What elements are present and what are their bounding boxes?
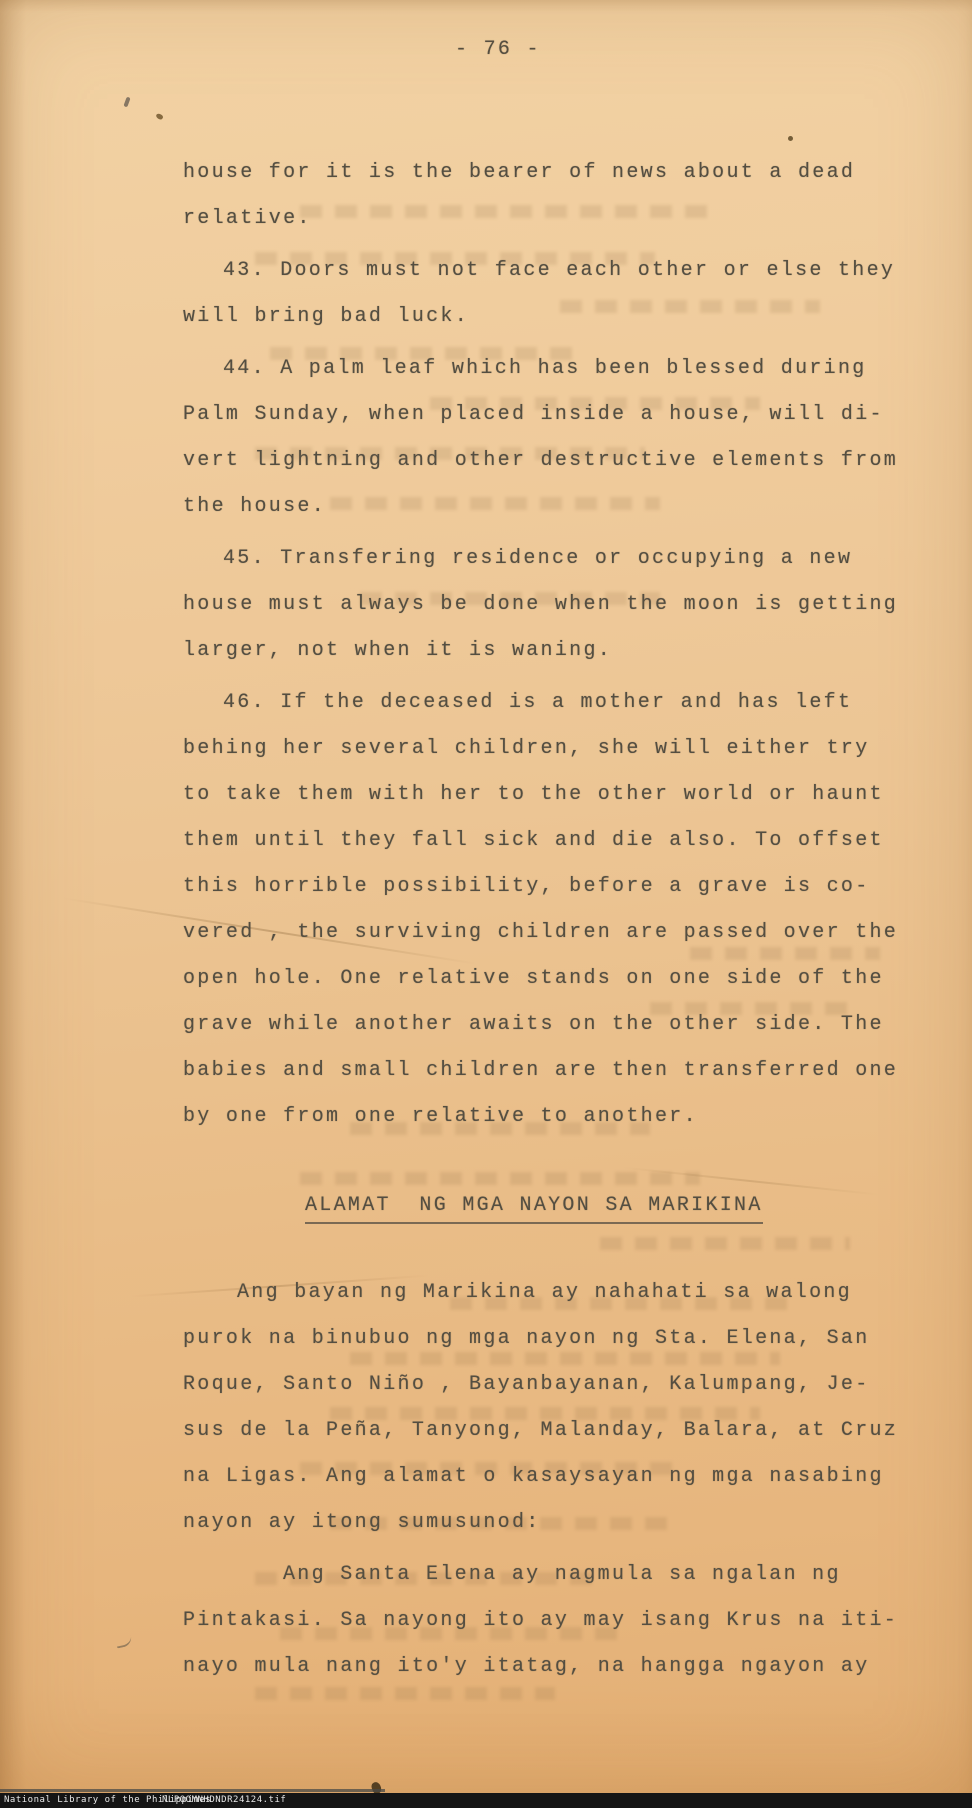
section-heading-text: ALAMAT NG MGA NAYON SA MARIKINA xyxy=(305,1194,763,1224)
scanned-document-page: - 76 - house for it is the bearer of new… xyxy=(0,0,972,1808)
text-line: will bring bad luck. xyxy=(183,294,903,340)
paper-bottom-shading xyxy=(0,1683,972,1793)
text-line: 45. Transfering residence or occupying a… xyxy=(183,536,903,582)
text-line: by one from one relative to another. xyxy=(183,1094,903,1140)
text-line: 46. If the deceased is a mother and has … xyxy=(183,680,903,726)
text-line: open hole. One relative stands on one si… xyxy=(183,956,903,1002)
paper-left-shading xyxy=(0,0,26,1808)
text-line: behing her several children, she will ei… xyxy=(183,726,903,772)
pencil-mark xyxy=(115,1634,133,1648)
bleed-through-text xyxy=(600,1237,850,1250)
text-line: house for it is the bearer of news about… xyxy=(183,150,903,196)
ink-speck xyxy=(123,97,130,108)
text-line: larger, not when it is waning. xyxy=(183,628,903,674)
paragraph: 43. Doors must not face each other or el… xyxy=(183,248,903,340)
paragraph: 45. Transfering residence or occupying a… xyxy=(183,536,903,674)
text-line: relative. xyxy=(183,196,903,242)
text-line: vered , the surviving children are passe… xyxy=(183,910,903,956)
text-line: Ang Santa Elena ay nagmula sa ngalan ng xyxy=(183,1552,903,1598)
text-line: Roque, Santo Niño , Bayanbayanan, Kalump… xyxy=(183,1362,903,1408)
paragraph: house for it is the bearer of news about… xyxy=(183,150,903,242)
section-heading: ALAMAT NG MGA NAYON SA MARIKINA xyxy=(305,1194,763,1224)
text-line: purok na binubuo ng mga nayon ng Sta. El… xyxy=(183,1316,903,1362)
text-line: Ang bayan ng Marikina ay nahahati sa wal… xyxy=(183,1270,903,1316)
body-text-block: house for it is the bearer of news about… xyxy=(183,150,903,1140)
text-line: Pintakasi. Sa nayong ito ay may isang Kr… xyxy=(183,1598,903,1644)
bleed-through-text xyxy=(300,1172,700,1185)
text-line: nayon ay itong sumusunod: xyxy=(183,1500,903,1546)
paragraph: Ang Santa Elena ay nagmula sa ngalan ngP… xyxy=(183,1552,903,1690)
footer-bar-shadow xyxy=(0,1789,385,1792)
text-line: house must always be done when the moon … xyxy=(183,582,903,628)
scan-footer-bar: National Library of the Philippines NLPO… xyxy=(0,1793,972,1808)
text-line: to take them with her to the other world… xyxy=(183,772,903,818)
text-line: vert lightning and other destructive ele… xyxy=(183,438,903,484)
text-line: babies and small children are then trans… xyxy=(183,1048,903,1094)
text-line: this horrible possibility, before a grav… xyxy=(183,864,903,910)
text-line: 43. Doors must not face each other or el… xyxy=(183,248,903,294)
text-line: nayo mula nang ito'y itatag, na hangga n… xyxy=(183,1644,903,1690)
paragraph: Ang bayan ng Marikina ay nahahati sa wal… xyxy=(183,1270,903,1546)
text-line: them until they fall sick and die also. … xyxy=(183,818,903,864)
paragraph: 44. A palm leaf which has been blessed d… xyxy=(183,346,903,530)
page-number: - 76 - xyxy=(455,35,541,65)
ink-speck xyxy=(788,136,793,141)
text-line: 44. A palm leaf which has been blessed d… xyxy=(183,346,903,392)
text-line: the house. xyxy=(183,484,903,530)
text-line: grave while another awaits on the other … xyxy=(183,1002,903,1048)
paper-crease xyxy=(621,1166,880,1195)
text-line: na Ligas. Ang alamat o kasaysayan ng mga… xyxy=(183,1454,903,1500)
paper-top-shading xyxy=(0,0,972,12)
scan-filename-label: NLPOOMNHDNDR24124.tif xyxy=(162,1793,286,1808)
text-line: Palm Sunday, when placed inside a house,… xyxy=(183,392,903,438)
ink-speck xyxy=(155,112,164,120)
text-line: sus de la Peña, Tanyong, Malanday, Balar… xyxy=(183,1408,903,1454)
alamat-text-block: Ang bayan ng Marikina ay nahahati sa wal… xyxy=(183,1270,903,1690)
paragraph: 46. If the deceased is a mother and has … xyxy=(183,680,903,1140)
